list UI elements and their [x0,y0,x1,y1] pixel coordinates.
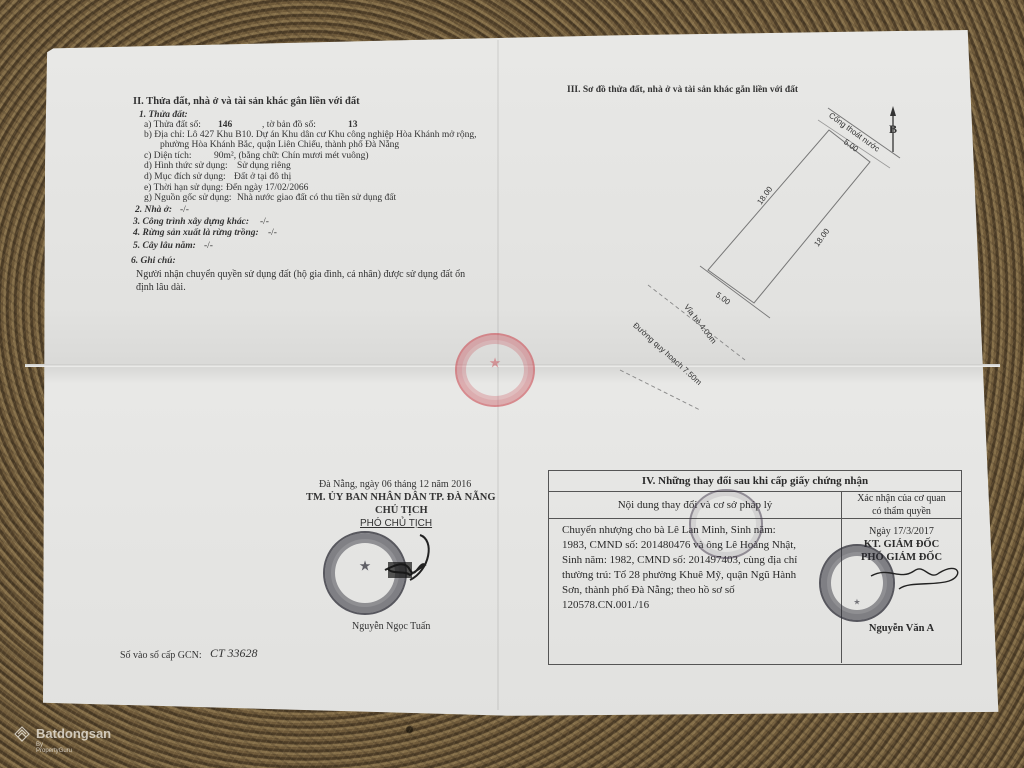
watermark-sub: By PropertyGuru [36,742,72,754]
red-seal-stamp: ★ [455,333,535,407]
issuing-authority: TM. ỦY BAN NHÂN DÂN TP. ĐÀ NẴNG [306,492,496,504]
registry-label: Số vào sổ cấp GCN: [120,650,202,662]
content-line: Sơn, thành phố Đà Nẵng; theo hồ sơ số [562,583,735,599]
use-origin-label: g) Nguồn gốc sử dụng: [144,193,231,205]
deputy-chairman-title: PHÓ CHỦ TỊCH [360,518,432,530]
address-line2: phường Hòa Khánh Bắc, quận Liên Chiểu, t… [160,140,399,152]
seal-star-icon: ★ [359,558,372,575]
signer-name: Nguyễn Ngọc Tuấn [352,621,430,633]
item4-planted-forest: 4. Rừng sản xuất là rừng trồng: [133,228,259,240]
changes-table: IV. Những thay đổi sau khi cấp giấy chứn… [548,470,962,665]
use-purpose-label: d) Mục đích sử dụng: [144,172,226,184]
deputy-director-signature [869,551,964,591]
note-line1: Người nhận chuyển quyền sử dụng đất (hộ … [136,269,465,281]
place-date: Đà Nẵng, ngày 06 tháng 12 năm 2016 [319,479,471,491]
use-form-value: Sử dụng riêng [237,161,291,173]
item4-dash: -/- [268,228,277,240]
col-confirm-header-line1: Xác nhận của cơ quan [842,492,961,505]
use-form-label: d) Hình thức sử dụng: [144,161,228,173]
chairman-title: CHỦ TỊCH [375,505,428,517]
col-confirm-header-line2: có thẩm quyền [842,505,961,518]
registration-office-stamp [689,489,763,559]
content-line: Sinh năm: 1982, CMND số: 201497403, cùng… [562,553,797,569]
changes-table-title: IV. Những thay đổi sau khi cấp giấy chứn… [549,471,961,492]
section-ii-title: II. Thửa đất, nhà ở và tài sản khác gắn … [133,96,360,108]
content-line: thường trú: Tổ 28 phường Khuê Mỹ, quận N… [562,568,796,584]
north-label: B [889,124,897,136]
note-line2: định lâu dài. [136,282,186,294]
use-origin-value: Nhà nước giao đất có thu tiền sử dụng đấ… [237,193,396,205]
item6-notes: 6. Ghi chú: [131,256,176,268]
item5-dash: -/- [204,241,213,253]
chairman-signature [380,530,440,590]
item5-perennial-trees: 5. Cây lâu năm: [133,241,196,253]
batdongsan-logo-icon [14,726,30,742]
content-line: 120578.CN.001./16 [562,598,649,614]
registry-number: CT 33628 [210,648,257,660]
watermark-brand: Batdongsan [36,726,111,741]
content-line: 1983, CMND số: 201480476 và ông Lê Hoàng… [562,538,796,554]
item3-other-structures: 3. Công trình xây dựng khác: [133,217,249,229]
seal-star-icon: ★ [489,356,502,373]
item3-dash: -/- [260,217,269,229]
use-purpose-value: Đất ở tại đô thị [234,172,291,184]
section-iii-title: III. Sơ đồ thửa đất, nhà ở và tài sản kh… [567,85,798,97]
certificate-sheet: II. Thửa đất, nhà ở và tài sản khác gắn … [0,0,1024,768]
seal-star-icon: ★ [853,597,860,606]
item2-dash: -/- [180,205,189,217]
confirm-signer: Nguyễn Văn A [842,621,961,637]
item2-house: 2. Nhà ở: [135,205,172,217]
